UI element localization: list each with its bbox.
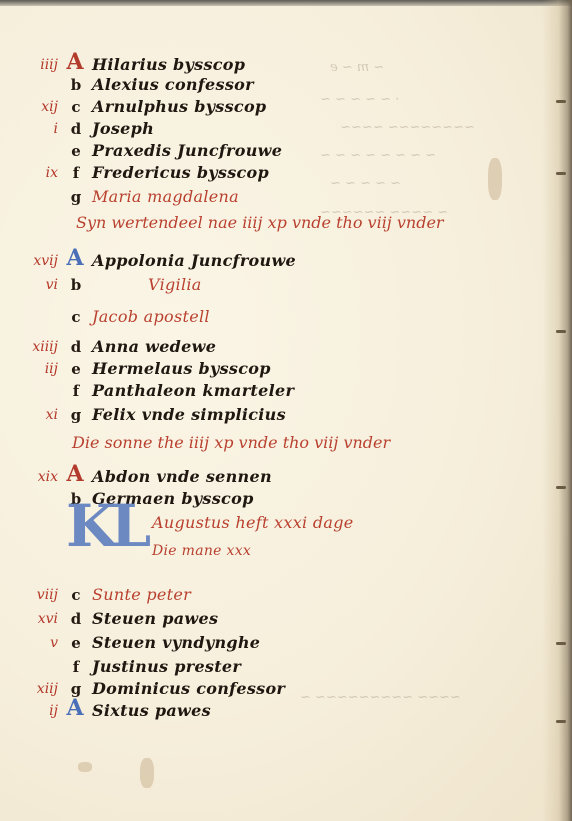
calendar-row: f Panthaleon kmarteler (0, 378, 500, 404)
calendar-row: ix f Fredericus bysscop (0, 160, 500, 186)
page-top-edge (0, 0, 572, 6)
saint-name: Sunte peter (92, 582, 191, 608)
stain (78, 762, 92, 772)
rubric-line: Die sonne the iiij xp vnde tho viij vnde… (0, 430, 500, 456)
calendar-row: xvi d Steuen pawes (0, 606, 500, 632)
saint-name: Sixtus pawes (92, 698, 211, 724)
golden-number: v (0, 630, 58, 656)
dominical-letter: c (66, 304, 86, 330)
calendar-row: vi b Vigilia (0, 272, 500, 298)
dominical-letter: f (66, 160, 86, 186)
calendar-row: viij c Sunte peter (0, 582, 500, 608)
binding-stitch (556, 172, 566, 175)
golden-number: ij (0, 698, 58, 724)
dominical-letter: g (66, 402, 86, 428)
month-heading-line: Augustus heft xxxi dage (0, 510, 500, 536)
dominical-letter: e (66, 630, 86, 656)
golden-number: vi (0, 272, 58, 298)
saint-name: Maria magdalena (92, 184, 239, 210)
calendar-row: g Maria magdalena (0, 184, 500, 210)
rubric-line: Syn wertendeel nae iiij xp vnde tho viij… (0, 210, 500, 236)
dominical-letter-initial: A (64, 245, 86, 271)
golden-number: xvij (0, 248, 58, 274)
dominical-letter-initial: A (64, 461, 86, 487)
saint-name: Panthaleon kmarteler (92, 378, 294, 404)
saint-name: Fredericus bysscop (92, 160, 269, 186)
binding-stitch (556, 720, 566, 723)
stain (140, 758, 154, 788)
calendar-row: xvij A Appolonia Juncfrouwe (0, 248, 500, 274)
calendar-row: v e Steuen vyndynghe (0, 630, 500, 656)
dominical-letter: c (66, 582, 86, 608)
golden-number: xvi (0, 606, 58, 632)
dominical-letter-initial: A (64, 695, 86, 721)
saint-name: Felix vnde simplicius (92, 402, 286, 428)
golden-number: viij (0, 582, 58, 608)
month-heading-line: Die mane xxx (0, 538, 500, 564)
dominical-letter: b (66, 272, 86, 298)
saint-name: Appolonia Juncfrouwe (92, 248, 296, 274)
dominical-letter: g (66, 184, 86, 210)
manuscript-page: ~ m ~ e · ~ ~ ~ ~ ~ ~~~~~~~~ ~~~~ ~ ~ ~ … (0, 0, 572, 821)
binding-stitch (556, 100, 566, 103)
saint-name: Steuen pawes (92, 606, 218, 632)
dominical-letter: d (66, 606, 86, 632)
calendar-row: xi g Felix vnde simplicius (0, 402, 500, 428)
golden-number: xi (0, 402, 58, 428)
binding-stitch (556, 486, 566, 489)
binding-stitch (556, 642, 566, 645)
calendar-row: ij A Sixtus pawes (0, 698, 500, 724)
calendar-row: c Jacob apostell (0, 304, 500, 330)
saint-name: Vigilia (148, 272, 202, 298)
saint-name: Jacob apostell (92, 304, 210, 330)
saint-name: Steuen vyndynghe (92, 630, 260, 656)
dominical-letter: f (66, 378, 86, 404)
month-title: Augustus heft xxxi dage (152, 510, 354, 536)
binding-stitch (556, 330, 566, 333)
rubric-text: Syn wertendeel nae iiij xp vnde tho viij… (76, 210, 444, 236)
golden-number: ix (0, 160, 58, 186)
moon-days: Die mane xxx (152, 538, 251, 564)
binding-gutter (542, 0, 572, 821)
rubric-text: Die sonne the iiij xp vnde tho viij vnde… (72, 430, 390, 456)
